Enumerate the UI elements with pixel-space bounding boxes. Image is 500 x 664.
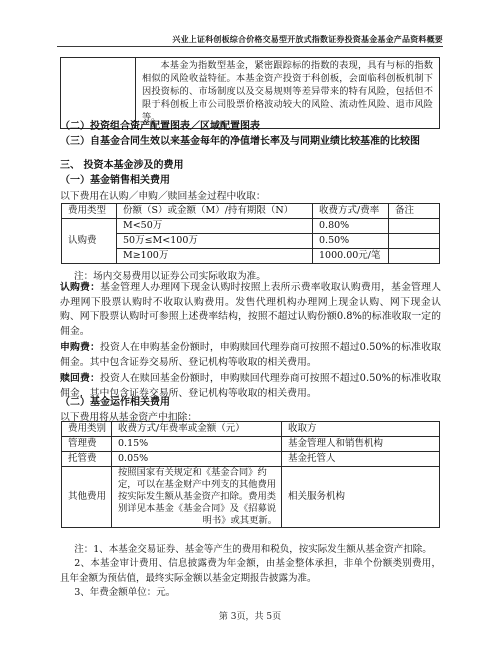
col-header-remark: 备注	[389, 204, 440, 219]
table-row: 托管费 0.05% 基金托管人	[62, 452, 440, 467]
receiver-cell: 基金托管人	[282, 452, 440, 467]
operation-fee-table: 费用类别 收费方式/年费率或金额（元） 收取方 管理费 0.15% 基金管理人和…	[61, 421, 440, 528]
other-fees-description-cell: 按照国家有关规定和《基金合同》约定，可以在基金财产中列支的其他费用按实际发生额从…	[112, 467, 282, 528]
fee-type-cell: 认购费	[62, 219, 117, 264]
paragraph-text: 投资人在申购基金份额时，申购赎回代理券商可按照不超过0.50%的标准收取佣金。其…	[60, 342, 441, 368]
rate-cell: 0.05%	[112, 452, 282, 467]
table-row: M≥100万 1000.00元/笔	[62, 249, 440, 264]
fee-explanation-paragraphs: 认购费：基金管理人办理网下现金认购时按照上表所示费率收取认购费用，基金管理人办理…	[60, 281, 441, 403]
page-number-footer: 第 3页，共 5页	[0, 609, 500, 622]
heading-operation-fees: （二）基金运作相关费用	[60, 393, 170, 408]
rate-cell: 0.80%	[313, 219, 389, 234]
condition-cell: M<50万	[117, 219, 313, 234]
remark-cell	[389, 249, 440, 264]
col-header-rate: 收费方式/费率	[313, 204, 389, 219]
table-row: 其他费用 按照国家有关规定和《基金合同》约定，可以在基金财产中列支的其他费用按实…	[62, 467, 440, 528]
heading-fund-fees: 三、 投资本基金涉及的费用	[60, 156, 183, 171]
rate-cell: 0.15%	[112, 437, 282, 452]
table-header-row: 费用类型 份额（S）或金额（M）/持有期限（N） 收费方式/费率 备注	[62, 204, 440, 219]
subscription-fee-paragraph: 认购费：基金管理人办理网下现金认购时按照上表所示费率收取认购费用，基金管理人办理…	[60, 281, 441, 340]
rate-cell: 1000.00元/笔	[313, 249, 389, 264]
receiver-cell: 相关服务机构	[282, 467, 440, 528]
col-header-receiver: 收取方	[282, 422, 440, 437]
col-header-fee-category: 费用类别	[62, 422, 112, 437]
col-header-rate-or-amount: 收费方式/年费率或金额（元）	[112, 422, 282, 437]
col-header-fee-type: 费用类型	[62, 204, 117, 219]
note-line: 2、本基金审计费用、信息披露费为年金额，由基金整体承担，非单个份额类别费用，且年…	[60, 557, 441, 586]
exchange-fee-note: 注：场内交易费用以证券公司实际收取为准。	[74, 268, 266, 282]
fee-category-cell: 其他费用	[62, 467, 112, 528]
remark-cell	[389, 234, 440, 249]
remark-cell	[389, 219, 440, 234]
fee-category-cell: 管理费	[62, 437, 112, 452]
paragraph-lead: 申购费：	[60, 342, 100, 353]
paragraph-lead: 赎回费：	[60, 373, 100, 384]
rate-cell: 0.50%	[313, 234, 389, 249]
heading-portfolio-allocation-charts: （二）投资组合资产配置图表／区域配置图表	[60, 117, 260, 132]
sales-fee-intro-text: 以下费用在认购／申购／赎回基金过程中收取：	[60, 188, 266, 202]
heading-sales-fees: （一）基金销售相关费用	[60, 171, 170, 186]
table-row: 认购费 M<50万 0.80%	[62, 219, 440, 234]
condition-cell: M≥100万	[117, 249, 313, 264]
table-row: 50万≤M<100万 0.50%	[62, 234, 440, 249]
note-line: 注：1、本基金交易证券、基金等产生的费用和税负，按实际发生额从基金资产扣除。	[60, 543, 441, 557]
receiver-cell: 基金管理人和销售机构	[282, 437, 440, 452]
header-divider	[57, 46, 443, 47]
subscription-fee-table: 费用类型 份额（S）或金额（M）/持有期限（N） 收费方式/费率 备注 认购费 …	[61, 203, 440, 264]
paragraph-lead: 认购费：	[60, 282, 100, 293]
fund-summary-document-page: 兴业上证科创板综合价格交易型开放式指数证券投资基金基金产品资料概要 本基金为指数…	[0, 0, 500, 664]
condition-cell: 50万≤M<100万	[117, 234, 313, 249]
purchase-fee-paragraph: 申购费：投资人在申购基金份额时，申购赎回代理券商可按照不超过0.50%的标准收取…	[60, 341, 441, 370]
operation-fee-notes: 注：1、本基金交易证券、基金等产生的费用和税负，按实际发生额从基金资产扣除。 2…	[60, 543, 441, 601]
table-row: 管理费 0.15% 基金管理人和销售机构	[62, 437, 440, 452]
page-header-title: 兴业上证科创板综合价格交易型开放式指数证券投资基金基金产品资料概要	[172, 34, 443, 45]
heading-nav-growth-comparison: （三）自基金合同生效以来基金每年的净值增长率及与同期业绩比较基准的比较图	[60, 132, 420, 147]
note-line: 3、年费金额单位：元。	[60, 586, 441, 600]
paragraph-text: 基金管理人办理网下现金认购时按照上表所示费率收取认购费用，基金管理人办理网下股票…	[60, 282, 441, 337]
fee-category-cell: 托管费	[62, 452, 112, 467]
col-header-amount-condition: 份额（S）或金额（M）/持有期限（N）	[117, 204, 313, 219]
table-header-row: 费用类别 收费方式/年费率或金额（元） 收取方	[62, 422, 440, 437]
